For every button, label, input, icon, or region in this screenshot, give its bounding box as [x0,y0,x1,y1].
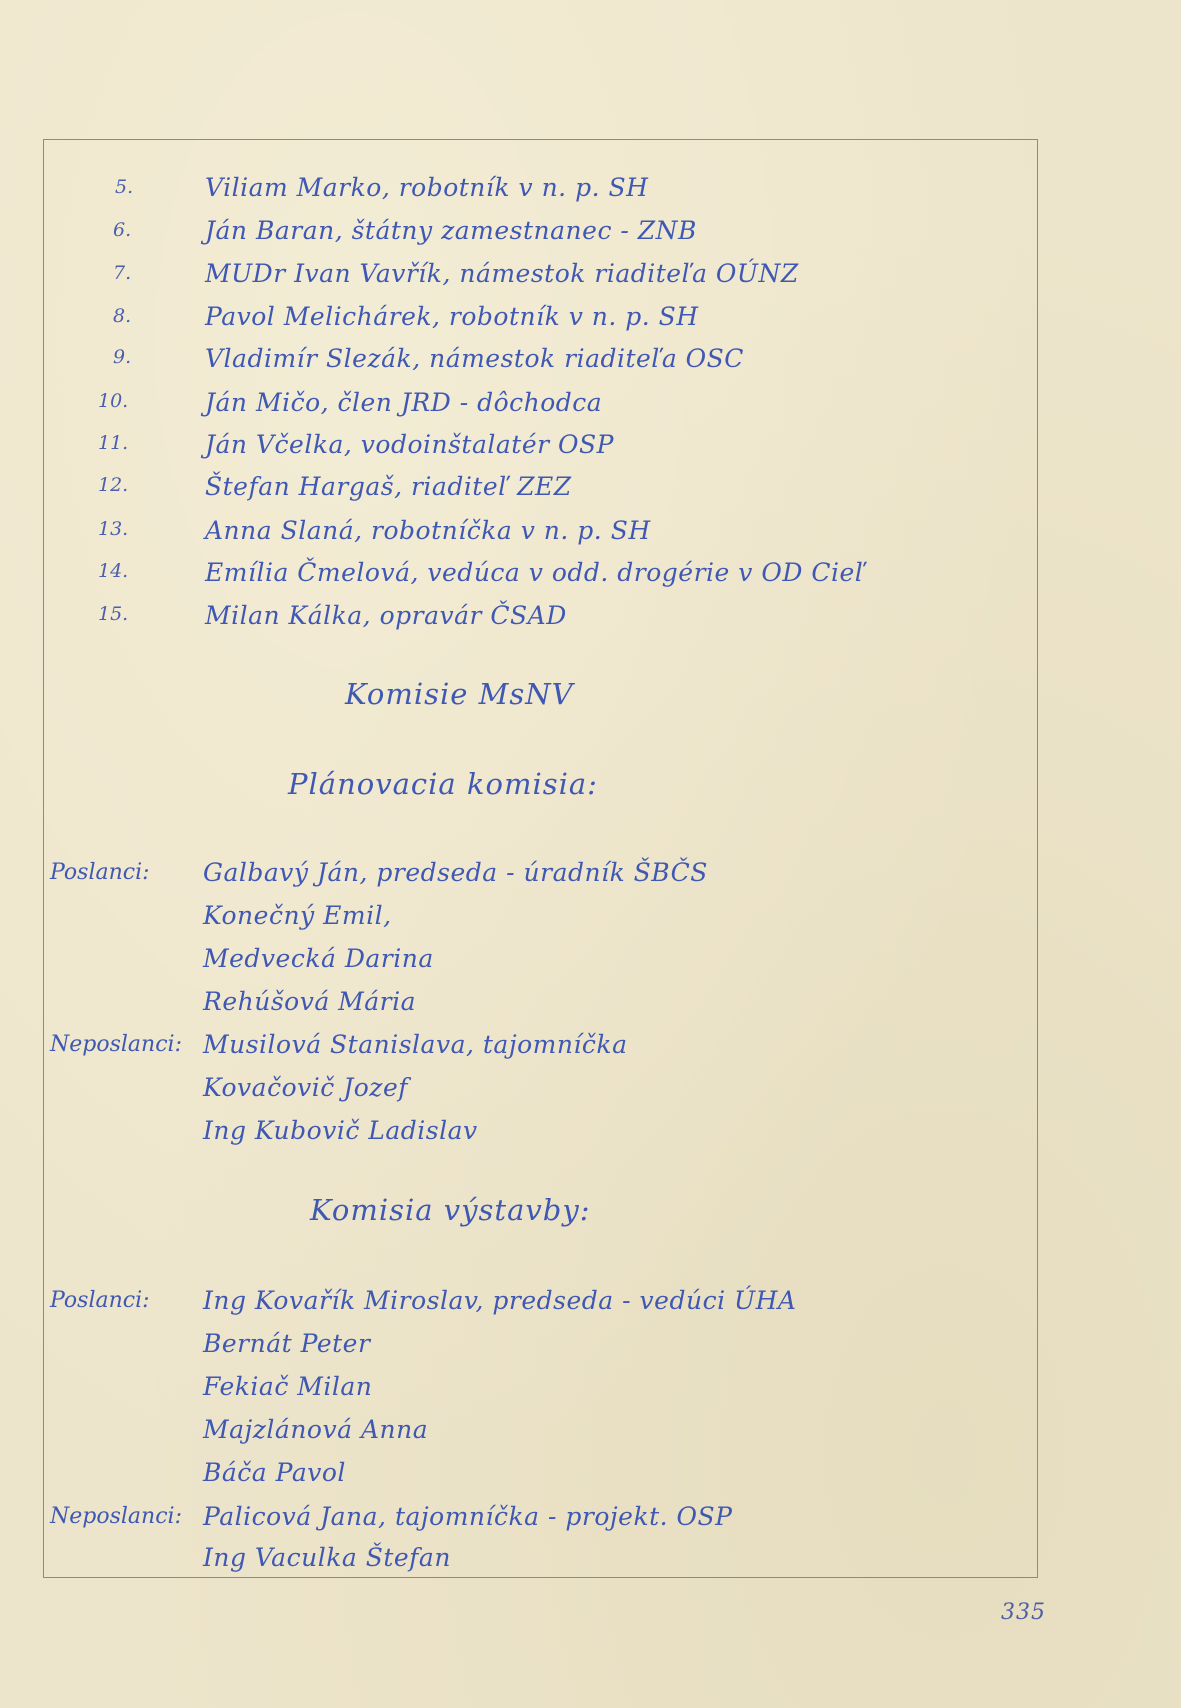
list-number: 9. [113,348,131,367]
list-item: Milan Kálka, opravár ČSAD [205,603,567,628]
member: Rehúšová Mária [203,989,416,1014]
member: Palicová Jana, tajomníčka - projekt. OSP [203,1504,733,1529]
member: Kovačovič Jozef [203,1075,408,1100]
list-item: Vladimír Slezák, námestok riaditeľa OSC [205,346,744,371]
list-number: 5. [115,178,133,197]
list-item: Anna Slaná, robotníčka v n. p. SH [205,518,651,543]
list-item: Štefan Hargaš, riaditeľ ZEZ [205,474,572,499]
list-item: Ján Baran, štátny zamestnanec - ZNB [205,218,697,243]
group-label-neposlanci: Neposlanci: [50,1506,182,1528]
group-label-poslanci: Poslanci: [50,1290,150,1312]
member: Galbavý Ján, predseda - úradník ŠBČS [203,860,708,885]
list-number: 8. [113,307,131,326]
list-item: MUDr Ivan Vavřík, námestok riaditeľa OÚN… [205,261,799,286]
list-item: Ján Mičo, člen JRD - dôchodca [205,390,602,415]
member: Bernát Peter [203,1331,370,1356]
list-number: 14. [98,562,128,581]
member: Báča Pavol [203,1460,346,1485]
member: Medvecká Darina [203,946,434,971]
member: Ing Vaculka Štefan [203,1545,451,1570]
commission-title: Plánovacia komisia: [288,770,598,799]
member: Fekiač Milan [203,1374,372,1399]
list-number: 13. [98,520,128,539]
section-title: Komisie MsNV [345,680,574,709]
group-label-poslanci: Poslanci: [50,862,150,884]
list-number: 15. [98,605,128,624]
member: Musilová Stanislava, tajomníčka [203,1032,627,1057]
list-number: 12. [98,476,128,495]
member: Ing Kovařík Miroslav, predseda - vedúci … [203,1288,796,1313]
list-item: Viliam Marko, robotník v n. p. SH [205,175,648,200]
list-item: Ján Včelka, vodoinštalatér OSP [205,432,614,457]
member: Konečný Emil, [203,903,392,928]
member: Ing Kubovič Ladislav [203,1118,478,1143]
list-number: 7. [113,264,131,283]
list-number: 6. [113,221,131,240]
group-label-neposlanci: Neposlanci: [50,1034,182,1056]
list-item: Pavol Melichárek, robotník v n. p. SH [205,304,699,329]
list-number: 11. [98,434,128,453]
commission-title: Komisia výstavby: [310,1196,590,1225]
list-item: Emília Čmelová, vedúca v odd. drogérie v… [205,560,865,585]
member: Majzlánová Anna [203,1417,428,1442]
page-number: 335 [1001,1600,1046,1625]
list-number: 10. [98,392,128,411]
